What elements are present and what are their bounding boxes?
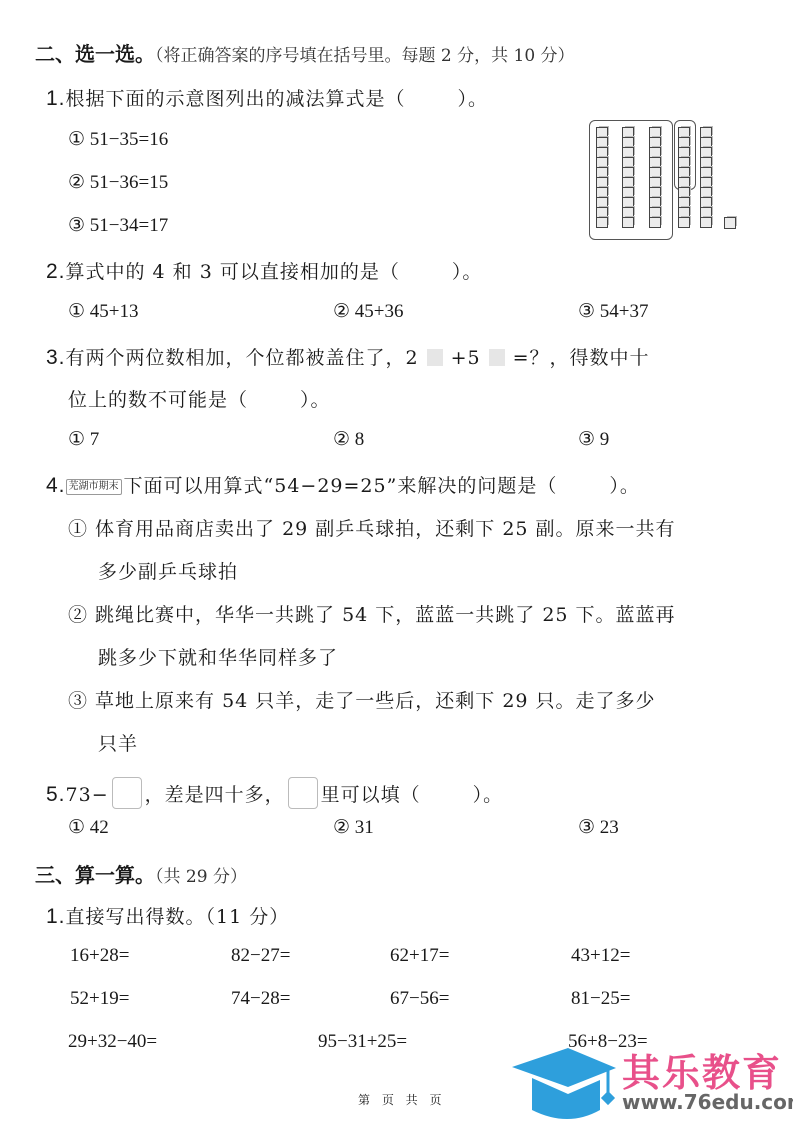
question-text: =？，得数中十 bbox=[513, 347, 650, 369]
q1-option-3: ③ 51−34=17 bbox=[68, 214, 168, 237]
section-3-heading: 三、算一算。（共 29 分） bbox=[35, 859, 247, 888]
question-number: 1. bbox=[46, 87, 66, 110]
question-tail: ）。 bbox=[458, 88, 489, 110]
q3-option-3: ③ 9 bbox=[578, 428, 609, 451]
calc-item: 74−28= bbox=[231, 988, 290, 1010]
blank-box[interactable] bbox=[112, 777, 142, 809]
q4-option-1-line-2: 多少副乒乓球拍 bbox=[98, 557, 238, 584]
q2-option-3: ③ 54+37 bbox=[578, 300, 649, 323]
question-3-line-2: 位上的数不可能是（）。 bbox=[68, 385, 331, 412]
ten-rod bbox=[596, 127, 608, 227]
ten-rod bbox=[678, 127, 690, 227]
question-number: 3. bbox=[46, 346, 66, 369]
question-text: +5 bbox=[451, 347, 481, 369]
q4-option-3-line-1: ③ 草地上原来有 54 只羊，走了一些后，还剩下 29 只。走了多少 bbox=[68, 686, 656, 713]
cube bbox=[622, 217, 634, 228]
calc-item: 95−31+25= bbox=[318, 1031, 407, 1053]
base-ten-blocks-diagram bbox=[585, 116, 740, 241]
calc-item: 81−25= bbox=[571, 988, 630, 1010]
q2-option-1: ① 45+13 bbox=[68, 300, 139, 323]
q4-option-3-line-2: 只羊 bbox=[98, 729, 138, 756]
question-text: ，差是四十多， bbox=[145, 784, 285, 806]
q2-option-2: ② 45+36 bbox=[333, 300, 404, 323]
question-tail: ）。 bbox=[609, 475, 640, 497]
question-text: 直接写出得数。（11 分） bbox=[66, 906, 290, 928]
question-number: 2. bbox=[46, 260, 66, 283]
question-5: 5.73−，差是四十多，里可以填（）。 bbox=[46, 777, 503, 809]
calc-item: 29+32−40= bbox=[68, 1031, 157, 1053]
calc-item: 67−56= bbox=[390, 988, 449, 1010]
page-footer: 第 页 共 页 bbox=[358, 1091, 445, 1108]
ten-rod bbox=[622, 127, 634, 227]
covered-digit bbox=[489, 349, 505, 366]
q4-option-2-line-2: 跳多少下就和华华同样多了 bbox=[98, 643, 338, 670]
q3-option-1: ① 7 bbox=[68, 428, 99, 451]
question-4: 4.芜湖市期末下面可以用算式“54−29=25”来解决的问题是（）。 bbox=[46, 471, 640, 498]
question-text: 有两个两位数相加，个位都被盖住了，2 bbox=[66, 347, 419, 369]
q1-option-1: ① 51−35=16 bbox=[68, 128, 168, 151]
question-tail: ）。 bbox=[300, 389, 331, 411]
cube bbox=[700, 217, 712, 228]
section-2-heading: 二、选一选。（将正确答案的序号填在括号里。每题 2 分，共 10 分） bbox=[35, 38, 575, 67]
question-tail: ）。 bbox=[452, 261, 483, 283]
q5-option-3: ③ 23 bbox=[578, 816, 619, 839]
cube bbox=[649, 217, 661, 228]
question-3: 3.有两个两位数相加，个位都被盖住了，2+5=？，得数中十 bbox=[46, 343, 650, 370]
q3-option-2: ② 8 bbox=[333, 428, 364, 451]
unit-cube bbox=[724, 217, 736, 228]
calc-item: 16+28= bbox=[70, 945, 129, 967]
question-number: 4. bbox=[46, 474, 66, 497]
question-text: 算式中的 4 和 3 可以直接相加的是（ bbox=[66, 261, 400, 283]
watermark-url: www.76edu.com bbox=[622, 1090, 793, 1114]
watermark-name: 其乐教育 bbox=[622, 1042, 782, 1097]
question-text: 里可以填（ bbox=[321, 784, 421, 806]
section-3-title: 三、算一算。 bbox=[35, 863, 155, 887]
question-text: 73− bbox=[66, 784, 109, 806]
calc-item: 52+19= bbox=[70, 988, 129, 1010]
question-text: 根据下面的示意图列出的减法算式是（ bbox=[66, 88, 406, 110]
source-tag: 芜湖市期末 bbox=[66, 479, 122, 495]
question-text: 下面可以用算式“54−29=25”来解决的问题是（ bbox=[124, 475, 558, 497]
calc-item: 43+12= bbox=[571, 945, 630, 967]
covered-digit bbox=[427, 349, 443, 366]
graduation-cap-icon bbox=[510, 1040, 620, 1122]
q5-option-2: ② 31 bbox=[333, 816, 374, 839]
ten-rod bbox=[649, 127, 661, 227]
section-2-title: 二、选一选。 bbox=[35, 42, 155, 66]
question-2: 2.算式中的 4 和 3 可以直接相加的是（）。 bbox=[46, 257, 482, 284]
calc-item: 62+17= bbox=[390, 945, 449, 967]
section-3-note: （共 29 分） bbox=[155, 867, 247, 887]
q5-option-1: ① 42 bbox=[68, 816, 109, 839]
calc-item: 82−27= bbox=[231, 945, 290, 967]
ten-rod bbox=[700, 127, 712, 227]
blank-box[interactable] bbox=[288, 777, 318, 809]
question-number: 1. bbox=[46, 905, 66, 928]
cube bbox=[596, 217, 608, 228]
q1-option-2: ② 51−36=15 bbox=[68, 171, 168, 194]
watermark-logo: 其乐教育 www.76edu.com bbox=[510, 1040, 793, 1122]
question-number: 5. bbox=[46, 783, 66, 806]
q4-option-2-line-1: ② 跳绳比赛中，华华一共跳了 54 下，蓝蓝一共跳了 25 下。蓝蓝再 bbox=[68, 600, 676, 627]
question-1: 1.根据下面的示意图列出的减法算式是（）。 bbox=[46, 84, 488, 111]
question-text: 位上的数不可能是（ bbox=[68, 389, 248, 411]
section-3-sub-1: 1.直接写出得数。（11 分） bbox=[46, 902, 289, 929]
question-tail: ）。 bbox=[473, 784, 504, 806]
section-2-note: （将正确答案的序号填在括号里。每题 2 分，共 10 分） bbox=[155, 46, 575, 66]
q4-option-1-line-1: ① 体育用品商店卖出了 29 副乒乓球拍，还剩下 25 副。原来一共有 bbox=[68, 514, 676, 541]
cube bbox=[678, 217, 690, 228]
